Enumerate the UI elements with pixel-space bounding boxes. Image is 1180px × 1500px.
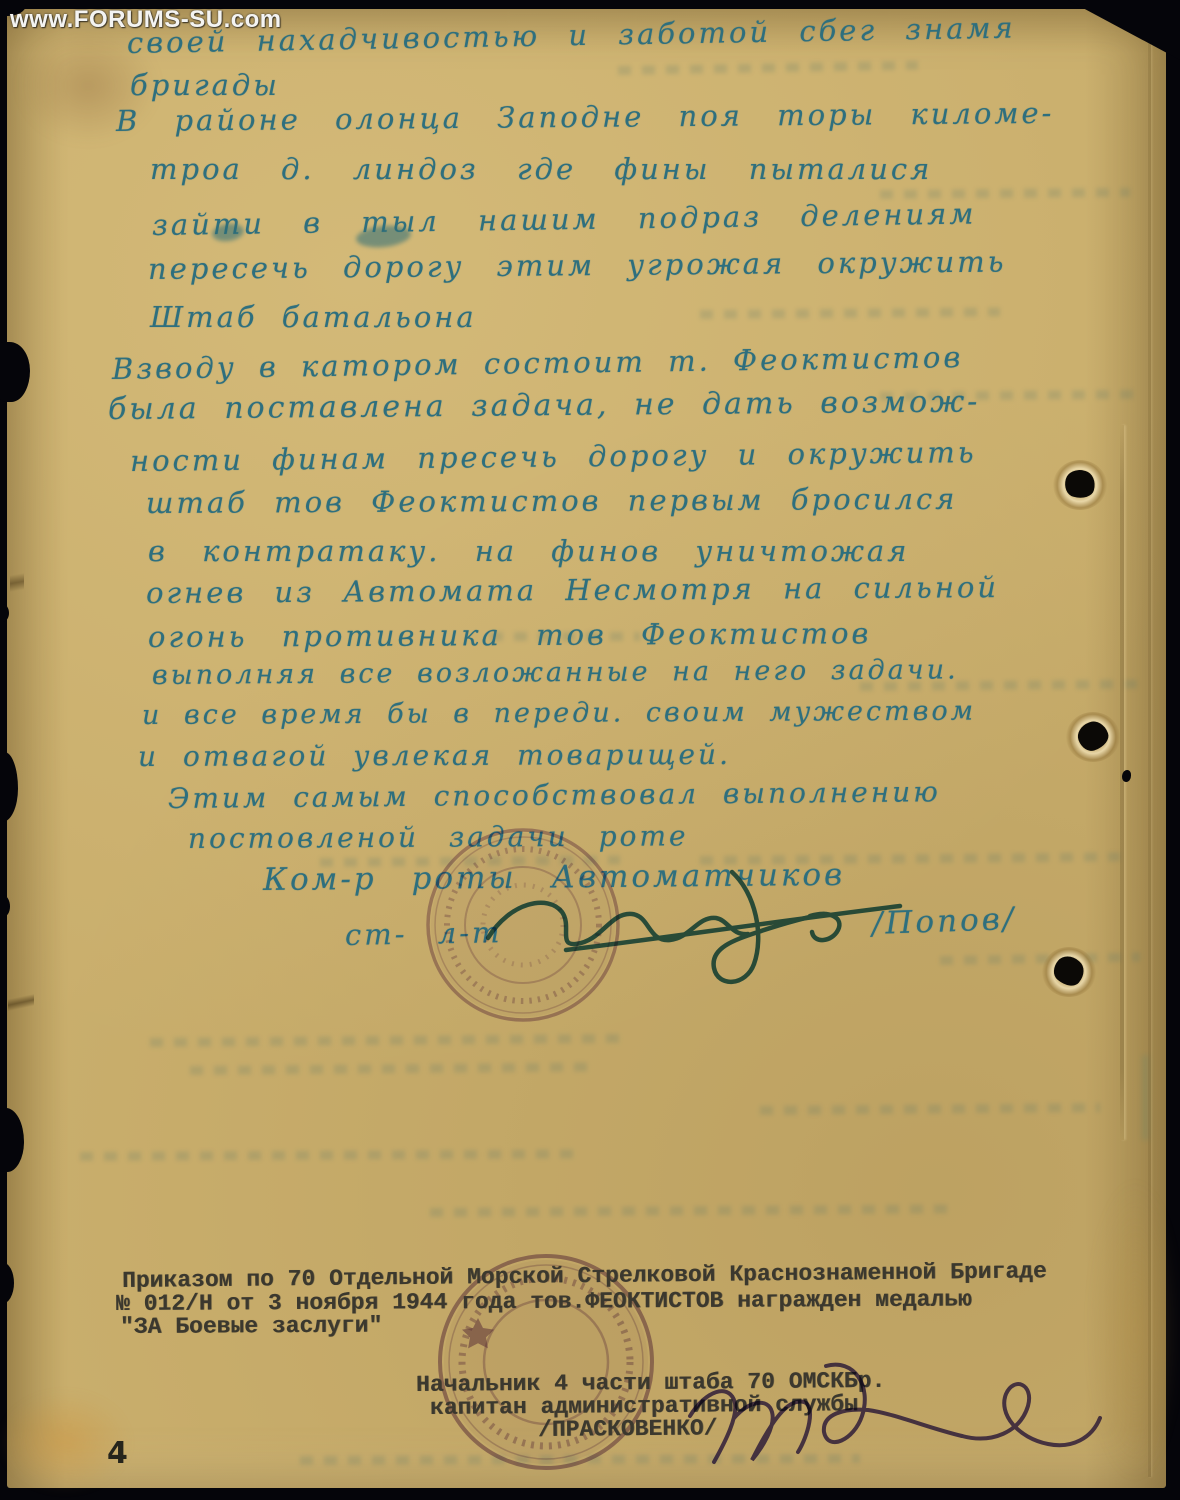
handwritten-line: Штаб батальона: [150, 300, 477, 334]
handwritten-line: троа д. линдоз где фины пыталися: [150, 152, 932, 186]
handwritten-line: огонь противника тов Феоктистов: [148, 616, 872, 654]
handwritten-line: бригады: [130, 68, 280, 102]
handwritten-line: в контратаку. на финов уничтожая: [148, 534, 909, 568]
round-stamp-middle: [417, 826, 629, 1026]
handwritten-line: и отвагой увлекая товарищей.: [138, 738, 731, 773]
handwritten-line: и все время бы в переди. своим мужеством: [142, 696, 976, 731]
punch-hole: [1053, 460, 1107, 510]
bleed-through-traces: [1142, 1055, 1149, 1140]
handwritten-line: выполняя все возложанные на него задачи.: [152, 654, 959, 691]
punch-hole: [1066, 712, 1120, 762]
page-number: 4: [107, 1436, 128, 1471]
scanned-document-page: своей нахадчивостью и заботой сбег знамя…: [0, 0, 1180, 1500]
typewritten-line: "ЗА Боевые заслуги": [120, 1313, 382, 1340]
handwritten-line: огнев из Автомата Несмотря на сильной: [146, 570, 999, 610]
punch-hole: [1042, 947, 1096, 997]
praskovenko-signature: [676, 1350, 1106, 1495]
site-watermark: www.FORUMS-SU.com: [10, 6, 282, 34]
handwritten-line: штаб тов Феоктистов первым бросился: [146, 482, 958, 520]
handwritten-line: Этим самым способствовал выполнению: [168, 775, 941, 815]
